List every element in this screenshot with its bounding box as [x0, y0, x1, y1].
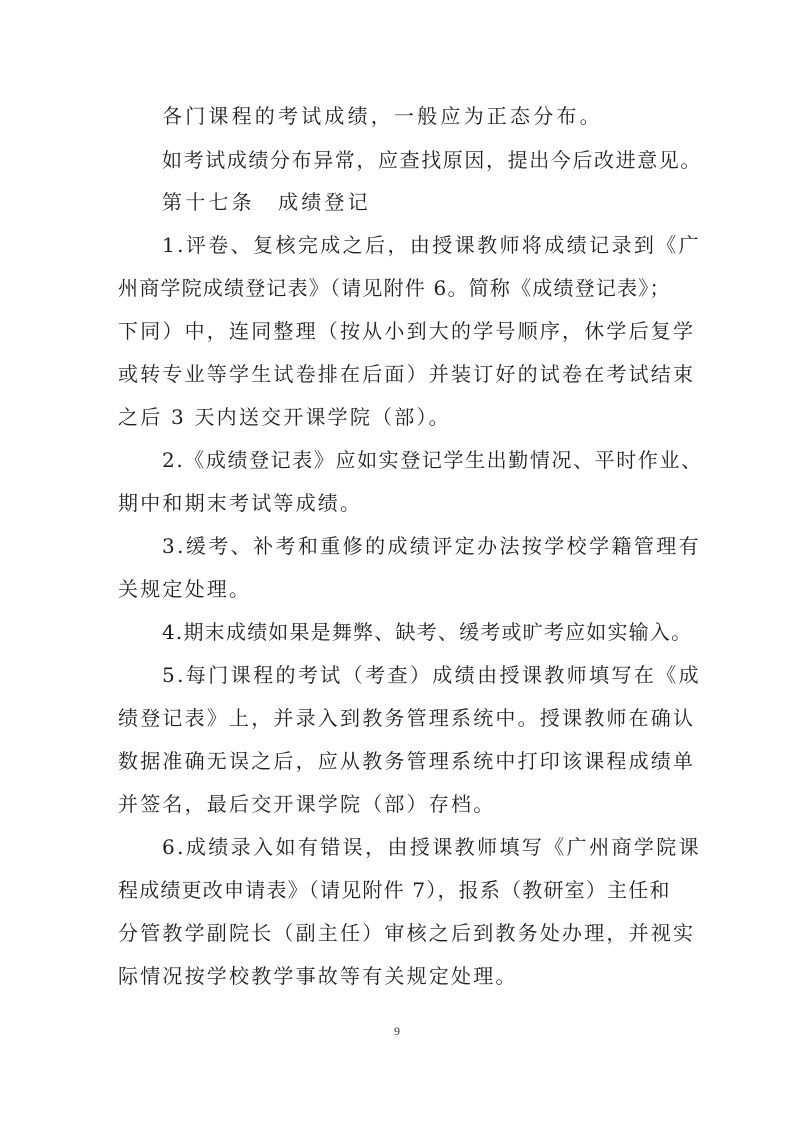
item-5-line-2: 绩登记表》上，并录入到教务管理系统中。授课教师在确认 [118, 706, 678, 730]
item-2-line-1: 2.《成绩登记表》应如实登记学生出勤情况、平时作业、 [162, 448, 722, 472]
item-1-line-5: 之后 3 天内送交开课学院（部）。 [118, 405, 678, 429]
item-2-line-2: 期中和期末考试等成绩。 [118, 491, 678, 515]
article-17-heading: 第十七条 成绩登记 [162, 190, 722, 214]
paragraph-normal-distribution: 各门课程的考试成绩，一般应为正态分布。 [162, 104, 722, 128]
item-1-line-1: 1.评卷、复核完成之后，由授课教师将成绩记录到《广 [162, 233, 722, 257]
item-6-line-2: 程成绩更改申请表》（请见附件 7），报系（教研室）主任和 [118, 878, 678, 902]
item-1-line-3: 下同）中，连同整理（按从小到大的学号顺序，休学后复学 [118, 319, 678, 343]
item-5-line-3: 数据准确无误之后，应从教务管理系统中打印该课程成绩单 [118, 749, 678, 773]
item-4-line-1: 4.期末成绩如果是舞弊、缺考、缓考或旷考应如实输入。 [162, 620, 722, 644]
item-6-line-3: 分管教学副院长（副主任）审核之后到教务处办理，并视实 [118, 921, 678, 945]
item-6-line-4: 际情况按学校教学事故等有关规定处理。 [118, 964, 678, 988]
item-1-line-2: 州商学院成绩登记表》（请见附件 6。简称《成绩登记表》； [118, 276, 678, 300]
item-3-line-1: 3.缓考、补考和重修的成绩评定办法按学校学籍管理有 [162, 534, 722, 558]
item-6-line-1: 6.成绩录入如有错误，由授课教师填写《广州商学院课 [162, 835, 722, 859]
item-1-line-4: 或转专业等学生试卷排在后面）并装订好的试卷在考试结束 [118, 362, 678, 386]
paragraph-abnormal-distribution: 如考试成绩分布异常，应查找原因，提出今后改进意见。 [162, 148, 722, 172]
document-page: 各门课程的考试成绩，一般应为正态分布。 如考试成绩分布异常，应查找原因，提出今后… [0, 0, 794, 1123]
item-5-line-1: 5.每门课程的考试（考查）成绩由授课教师填写在《成 [162, 663, 722, 687]
item-5-line-4: 并签名，最后交开课学院（部）存档。 [118, 792, 678, 816]
item-3-line-2: 关规定处理。 [118, 577, 678, 601]
page-number: 9 [387, 1024, 407, 1039]
